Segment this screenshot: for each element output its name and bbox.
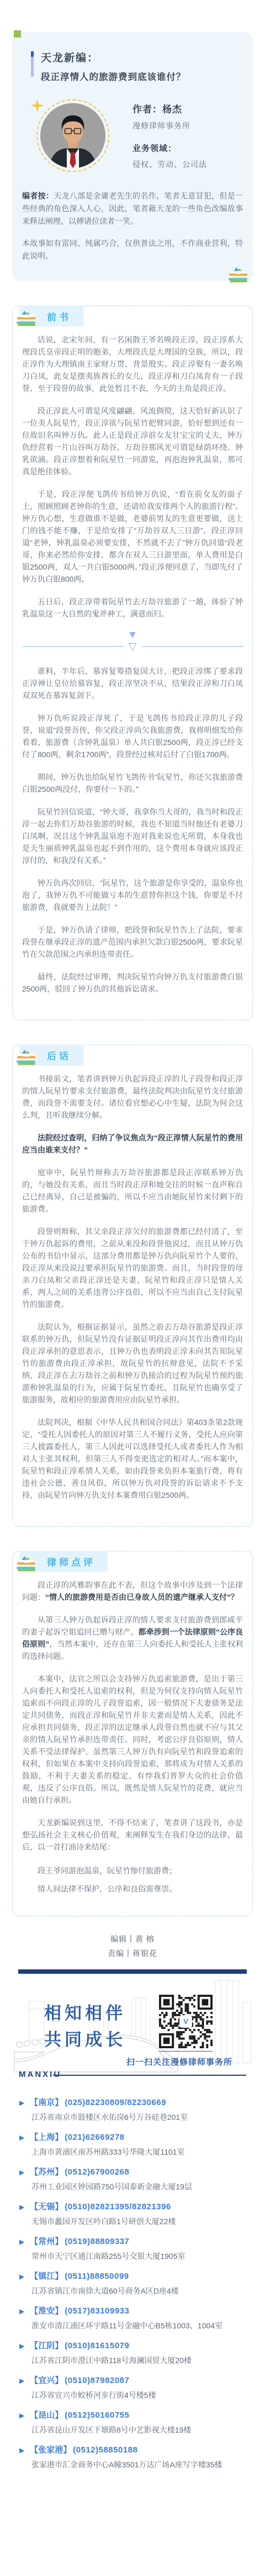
story-paragraph: 五日后，段正淳带着阮星竹去万劫谷旅游了一趟，体验了钟乳温泉这一大自然的鬼斧神工，…: [22, 596, 243, 620]
divider-line-right: [142, 646, 243, 647]
commentary-paragraph: 从第三人钟万仇起诉段正淳的情人要求支付旅游费到郎咸平的妻子起诉空姐追回已赠与财产…: [22, 1614, 243, 1662]
story-paragraph: 最终，法院经过审理，判决阮星竹向钟万仇支付旅游费白银2500两，驳回了钟万仇的其…: [22, 971, 243, 995]
office-phone: (0510)87982087: [65, 2376, 129, 2385]
divider-line-left: [22, 646, 123, 647]
office-phone: (0512)50160755: [65, 2411, 129, 2420]
story-paragraph: 法院认为，根据证据显示，虽然之前去万劫谷旅游是段正淳联系的钟万仇，但阮星竹没有证…: [22, 1321, 243, 1406]
office-city: 【苏州】: [30, 2167, 63, 2177]
story-paragraph: 钟万仇听说段正淳死了，于是飞鸽传书给段正淳的儿子段誉，说道“段誉吾侄，你父段正淳…: [22, 712, 243, 761]
prelude-paragraphs-1: 话说，北宋年间，有一名闲散王爷名唤段正淳，段正淳系大理段氏皇帝段正明的胞弟，大理…: [22, 334, 243, 620]
section-commentary: 段正淳的风雅韵事在此不表，但这个故事中涉及到一个法律问题：“情人的旅游费用是否由…: [12, 1551, 253, 1916]
office-item: ▶ 【淮安】(0517)83109933 淮安市清江浦区环宇路11号金融中心B5…: [12, 2305, 253, 2331]
author-name: 作者：杨杰: [132, 101, 207, 115]
office-head: ▶ 【无锡】(0510)82821395/82821396: [12, 2200, 253, 2212]
office-title: 【无锡】(0510)82821395/82821396: [30, 2200, 171, 2212]
office-item: ▶ 【张家港】(0512)58850188 张家港市汇金商务中心A幢3501万达…: [12, 2444, 253, 2470]
arrow-right-icon: ▶: [19, 2203, 24, 2211]
banner-top-bar: [18, 1969, 247, 1974]
office-phone: (0511)88850099: [65, 2272, 129, 2281]
office-city: 【江阴】: [30, 2341, 63, 2350]
author-firm: 漫修律师事务所: [132, 120, 207, 131]
office-head: ▶ 【上海】(021)62669278: [12, 2131, 253, 2143]
story-paragraph: 话说，北宋年间，有一名闲散王爷名唤段正淳，段正淳系大理段氏皇帝段正明的胞弟，大理…: [22, 334, 243, 394]
section-header-commentary: 律师点评: [19, 1551, 108, 1572]
office-city: 【淮安】: [30, 2306, 63, 2316]
poem-line: 段王爷同游泡温泉，阮星竹惨付旅游费；: [22, 1865, 243, 1876]
office-address: 上海市黄浦区南苏州路333号华隆大厦1101室: [31, 2146, 253, 2157]
slogan-line2: 共同成长: [44, 2027, 126, 2053]
story-paragraph: 于是，段正淳便飞鸽传书给钟万仇说，“看在前女友的面子上，照顾照顾老钟你的生意，还…: [22, 488, 243, 585]
office-item: ▶ 【江阴】(0510)81615079 江苏省江阴市澄江中路118号海澜国贸大…: [12, 2339, 253, 2366]
office-city: 【张家港】: [30, 2445, 71, 2455]
office-title: 【常州】(0519)88809337: [30, 2235, 129, 2247]
commentary-paragraphs: 段正淳的风雅韵事在此不表，但这个故事中涉及到一个法律问题：“情人的旅游费用是否由…: [22, 1579, 243, 1853]
arrow-right-icon: ▶: [19, 2377, 24, 2385]
story-paragraph: 钟万仇再次回信，“阮星竹，这个旅游是你享受的，温泉你也泡了，我钟万仇不可能做亏本…: [22, 877, 243, 913]
office-item: ▶ 【苏州】(0512)67900268 苏州工业园区钟园路750号国泰新金融大…: [12, 2166, 253, 2192]
qr-block: V: [159, 1995, 213, 2052]
arrow-right-icon: ▶: [19, 2307, 24, 2315]
editor-note-lead: 编者按：: [22, 191, 54, 200]
books-icon: [14, 1554, 39, 1576]
office-item: ▶ 【常州】(0519)88809337 常州市天宁区通江南路255号交银大厦1…: [12, 2235, 253, 2262]
office-city: 【宜兴】: [30, 2376, 63, 2385]
editors-block: 编辑丨黄 榕 责编丨蒋银花: [0, 1932, 265, 1961]
office-address: 淮安市清江浦区环宇路11号金融中心B5栋1003、1004室: [31, 2320, 253, 2331]
triangle-down-filled-icon: ▼: [22, 630, 243, 640]
intro-card: 天龙新编： 段正淳情人的旅游费到底该谁付？: [12, 32, 253, 281]
office-head: ▶ 【江阴】(0510)81615079: [12, 2339, 253, 2351]
arrow-right-icon: ▶: [19, 2099, 24, 2107]
office-item: ▶ 【南京】(025)82230809/82230669 江苏省南京市鼓楼区水佑…: [12, 2096, 253, 2123]
arrow-right-icon: ▶: [19, 2238, 24, 2246]
title-accent-bar: [31, 51, 34, 77]
arrow-right-icon: ▶: [19, 2446, 24, 2454]
story-paragraph: 庭审中，阮星竹辩称去万劫谷旅游都是段正淳联系钟万仇的，与她没有关系，而且当时段正…: [22, 1166, 243, 1215]
section-title: 律师点评: [47, 1555, 96, 1568]
office-address: 江苏省江阴市澄江中路118号海澜国贸大厦20楼: [31, 2355, 253, 2366]
section-epilogue: 书接前文，笔者讲到钟万仇起诉段正淳的儿子段誉和段正淳的情人阮星竹要求支付旅游费，…: [12, 1045, 253, 1527]
qr-center-logo: V: [180, 2016, 192, 2027]
office-head: ▶ 【南京】(025)82230809/82230669: [12, 2096, 253, 2108]
story-paragraph: 段誉则辩称，其父亲段正淳欠付的旅游费都已经付清了，至于钟万仇起诉的费用，之前从来…: [22, 1225, 243, 1310]
avatar: [36, 99, 109, 172]
office-head: ▶ 【昆山】(0512)50160755: [12, 2409, 253, 2420]
office-address: 江苏省南京市鼓楼区水佑岗6号万谷硅巷201室: [31, 2112, 253, 2123]
editor-note-text: 天龙八部是金庸老先生的名作，笔者无意冒犯，但是一些经典的角色深入人心，因此，笔者…: [22, 191, 243, 226]
section-prelude: 话说，北宋年间，有一名闲散王爷名唤段正淳，段正淳系大理段氏皇帝段正明的胞弟，大理…: [12, 306, 253, 1020]
epilogue-paragraphs: 书接前文，笔者讲到钟万仇起诉段正淳的儿子段誉和段正淳的情人阮星竹要求支付旅游费，…: [22, 1073, 243, 1501]
title-line1: 天龙新编：: [41, 50, 243, 65]
section-divider: ▼ ▽: [22, 630, 243, 652]
story-paragraph: 阮星竹回信说道，“钟大哥，我拿你当大哥的，我当时和段正淳一起去你们万劫谷旅游的时…: [22, 806, 243, 866]
editor-line: 编辑丨黄 榕: [0, 1932, 265, 1946]
editor-note-p2: 本故事如有雷同、纯属巧合，仅供普法之用，不作商业营利，特此说明。: [22, 237, 243, 263]
article-page: 天龙新编： 段正淳情人的旅游费到底该谁付？: [0, 0, 265, 2576]
office-title: 【昆山】(0512)50160755: [30, 2409, 129, 2420]
office-address: 无锡市蠡园开发区吟白路1号研创大厦22楼: [31, 2216, 253, 2227]
office-title: 【宜兴】(0510)87982087: [30, 2374, 129, 2386]
story-paragraph: 法院经过查明，归纳了争议焦点为“段正淳情人阮星竹的费用应当由谁来支付？”: [22, 1132, 243, 1156]
office-item: ▶ 【镇江】(0511)88850099 江苏省镇江市南徐大道60号商务A区D座…: [12, 2270, 253, 2296]
chief-editor-line: 责编丨蒋银花: [0, 1946, 265, 1961]
office-phone: (021)62669278: [65, 2133, 124, 2142]
author-block: 作者：杨杰 漫修律师事务所 业务领域： 侵权、劳动、公司法: [22, 99, 243, 172]
author-domains: 侵权、劳动、公司法: [132, 159, 207, 170]
office-address: 苏州工业园区钟园路750号国泰新金融大厦19层: [31, 2181, 253, 2192]
commentary-paragraph: 段正淳的风雅韵事在此不表，但这个故事中涉及到一个法律问题：“情人的旅游费用是否由…: [22, 1579, 243, 1603]
office-phone: (025)82230809/82230669: [65, 2098, 166, 2107]
office-phone: (0510)81615079: [65, 2341, 129, 2350]
author-domain-label: 业务领域：: [132, 142, 207, 154]
office-address: 江苏省镇江市南徐大道60号商务A区D座4楼: [31, 2285, 253, 2296]
qr-code: V: [159, 1995, 213, 2048]
story-paragraph: 段正淳此人可谓是风度翩翩、风流倜傥，这天恰好新认识了一位美人阮星竹，段正淳欲与阮…: [22, 405, 243, 478]
office-address: 张家港市汇金商务中心A幢3501万达广场A座写字楼35楼: [31, 2459, 253, 2470]
commentary-paragraph: 天龙新编说到这里，不得不结束了，笔者讲了这段书，亦是想弘扬社会主义核心价值观，来…: [22, 1817, 243, 1853]
section-title: 前书: [47, 309, 71, 323]
author-photo: [40, 103, 106, 169]
office-city: 【常州】: [30, 2237, 63, 2246]
arrow-right-icon: ▶: [19, 2273, 24, 2280]
office-phone: (0519)88809337: [65, 2237, 129, 2246]
arrow-right-icon: ▶: [19, 2168, 24, 2176]
triangle-down-outline-icon: ▽: [129, 641, 137, 652]
banner-slogan: 相知相伴 共同成长: [44, 2000, 126, 2053]
brand-banner: 相知相伴 共同成长 V 扫一扫关注漫修律师事务所 MANXIU: [12, 1969, 253, 2083]
office-head: ▶ 【淮安】(0517)83109933: [12, 2305, 253, 2316]
epilogue-box: 书接前文，笔者讲到钟万仇起诉段正淳的儿子段誉和段正淳的情人阮星竹要求支付旅游费，…: [12, 1045, 253, 1527]
office-address: 江苏省宜兴市蛟桥河步行街4号楼5楼: [31, 2390, 253, 2401]
section-title: 后话: [47, 1048, 71, 1062]
section-header-epilogue: 后话: [19, 1045, 83, 1065]
arrow-right-icon: ▶: [19, 2342, 24, 2350]
office-title: 【镇江】(0511)88850099: [30, 2270, 129, 2282]
office-title: 【南京】(025)82230809/82230669: [30, 2096, 166, 2108]
page-title: 天龙新编： 段正淳情人的旅游费到底该谁付？: [31, 50, 243, 83]
office-address: 江苏省昆山开发区下塘路8号中艺影视大楼19楼: [31, 2424, 253, 2435]
arrow-right-icon: ▶: [19, 2412, 24, 2419]
office-head: ▶ 【常州】(0519)88809337: [12, 2235, 253, 2247]
office-item: ▶ 【上海】(021)62669278 上海市黄浦区南苏州路333号华隆大厦11…: [12, 2131, 253, 2157]
books-icon: [14, 1048, 39, 1069]
story-paragraph: 法院判决，根据《中华人民共和国合同法》第403条第2款规定，“受托人因委托人的原…: [22, 1416, 243, 1501]
editor-note: 编者按：天龙八部是金庸老先生的名作，笔者无意冒犯，但是一些经典的角色深入人心，因…: [22, 190, 243, 263]
office-phone: (0510)82821395/82821396: [65, 2202, 171, 2211]
office-directory: ▶ 【南京】(025)82230809/82230669 江苏省南京市鼓楼区水佑…: [12, 2096, 253, 2500]
story-paragraph: 于是，钟万仇请了律师，把段誉和阮星竹告上了法院，要求段誉在继承段正淳的遗产范围内…: [22, 924, 243, 960]
slogan-line1: 相知相伴: [44, 2000, 126, 2027]
poem-line: 情人间法律不保护，公序和良俗需尊崇。: [22, 1883, 243, 1894]
office-head: ▶ 【苏州】(0512)67900268: [12, 2166, 253, 2177]
editor-note-p1: 编者按：天龙八部是金庸老先生的名作，笔者无意冒犯，但是一些经典的角色深入人心，因…: [22, 190, 243, 228]
books-icon: [226, 265, 251, 287]
office-phone: (0512)67900268: [65, 2167, 129, 2177]
office-city: 【昆山】: [30, 2411, 63, 2420]
prelude-paragraphs-2: 谁料，半年后，慕容复筹措复国大计，把段正淳绑了要求段正淳禅让皇位给慕容复，段正淳…: [22, 665, 243, 995]
title-line2: 段正淳情人的旅游费到底该谁付？: [41, 69, 243, 83]
office-phone: (0517)83109933: [65, 2306, 129, 2316]
office-city: 【无锡】: [30, 2202, 63, 2211]
closing-poem: 段王爷同游泡温泉，阮星竹惨付旅游费；情人间法律不保护，公序和良俗需尊崇。: [22, 1865, 243, 1894]
sparkle-icon: [30, 98, 45, 113]
arrow-right-icon: ▶: [19, 2134, 24, 2141]
commentary-box: 段正淳的风雅韵事在此不表，但这个故事中涉及到一个法律问题：“情人的旅游费用是否由…: [12, 1551, 253, 1916]
prelude-box: 话说，北宋年间，有一名闲散王爷名唤段正淳，段正淳系大理段氏皇帝段正明的胞弟，大理…: [12, 306, 253, 1020]
office-head: ▶ 【宜兴】(0510)87982087: [12, 2374, 253, 2386]
office-city: 【南京】: [30, 2098, 63, 2107]
office-head: ▶ 【镇江】(0511)88850099: [12, 2270, 253, 2282]
author-info: 作者：杨杰 漫修律师事务所 业务领域： 侵权、劳动、公司法: [132, 101, 207, 170]
commentary-paragraph: 本案中，法官之所以会支持钟万仇追索旅游费，是出于第三人向委托人和受托人追索的权利…: [22, 1673, 243, 1806]
office-item: ▶ 【无锡】(0510)82821395/82821396 无锡市蠡园开发区吟白…: [12, 2200, 253, 2227]
office-phone: (0512)58850188: [73, 2445, 137, 2455]
office-address: 常州市天宁区通江南路255号交银大厦1905室: [31, 2251, 253, 2262]
decor-green-square: [14, 30, 21, 38]
office-item: ▶ 【昆山】(0512)50160755 江苏省昆山开发区下塘路8号中艺影视大楼…: [12, 2409, 253, 2435]
office-item: ▶ 【宜兴】(0510)87982087 江苏省宜兴市蛟桥河步行街4号楼5楼: [12, 2374, 253, 2401]
office-head: ▶ 【张家港】(0512)58850188: [12, 2444, 253, 2455]
office-title: 【张家港】(0512)58850188: [30, 2444, 137, 2455]
firm-logo-text: MANXIU: [19, 2070, 61, 2079]
office-title: 【淮安】(0517)83109933: [30, 2305, 129, 2316]
office-city: 【上海】: [30, 2133, 63, 2142]
story-paragraph: 期间，钟万仇也给阮星竹飞鸽传书“阮星竹，你还欠我旅游费白银2500两没付，你要付…: [22, 771, 243, 795]
qr-caption: 扫一扫关注漫修律师事务所: [126, 2056, 232, 2068]
banner-bottom-line: [53, 2075, 246, 2076]
office-title: 【上海】(021)62669278: [30, 2131, 124, 2143]
office-title: 【苏州】(0512)67900268: [30, 2166, 129, 2177]
story-paragraph: 书接前文，笔者讲到钟万仇起诉段正淳的儿子段誉和段正淳的情人阮星竹要求支付旅游费，…: [22, 1073, 243, 1121]
qr-underline: [159, 2051, 213, 2052]
story-paragraph: 谁料，半年后，慕容复筹措复国大计，把段正淳绑了要求段正淳禅让皇位给慕容复，段正淳…: [22, 665, 243, 701]
section-header-prelude: 前书: [19, 306, 83, 326]
office-city: 【镇江】: [30, 2272, 63, 2281]
office-title: 【江阴】(0510)81615079: [30, 2339, 129, 2351]
books-icon: [14, 309, 39, 330]
